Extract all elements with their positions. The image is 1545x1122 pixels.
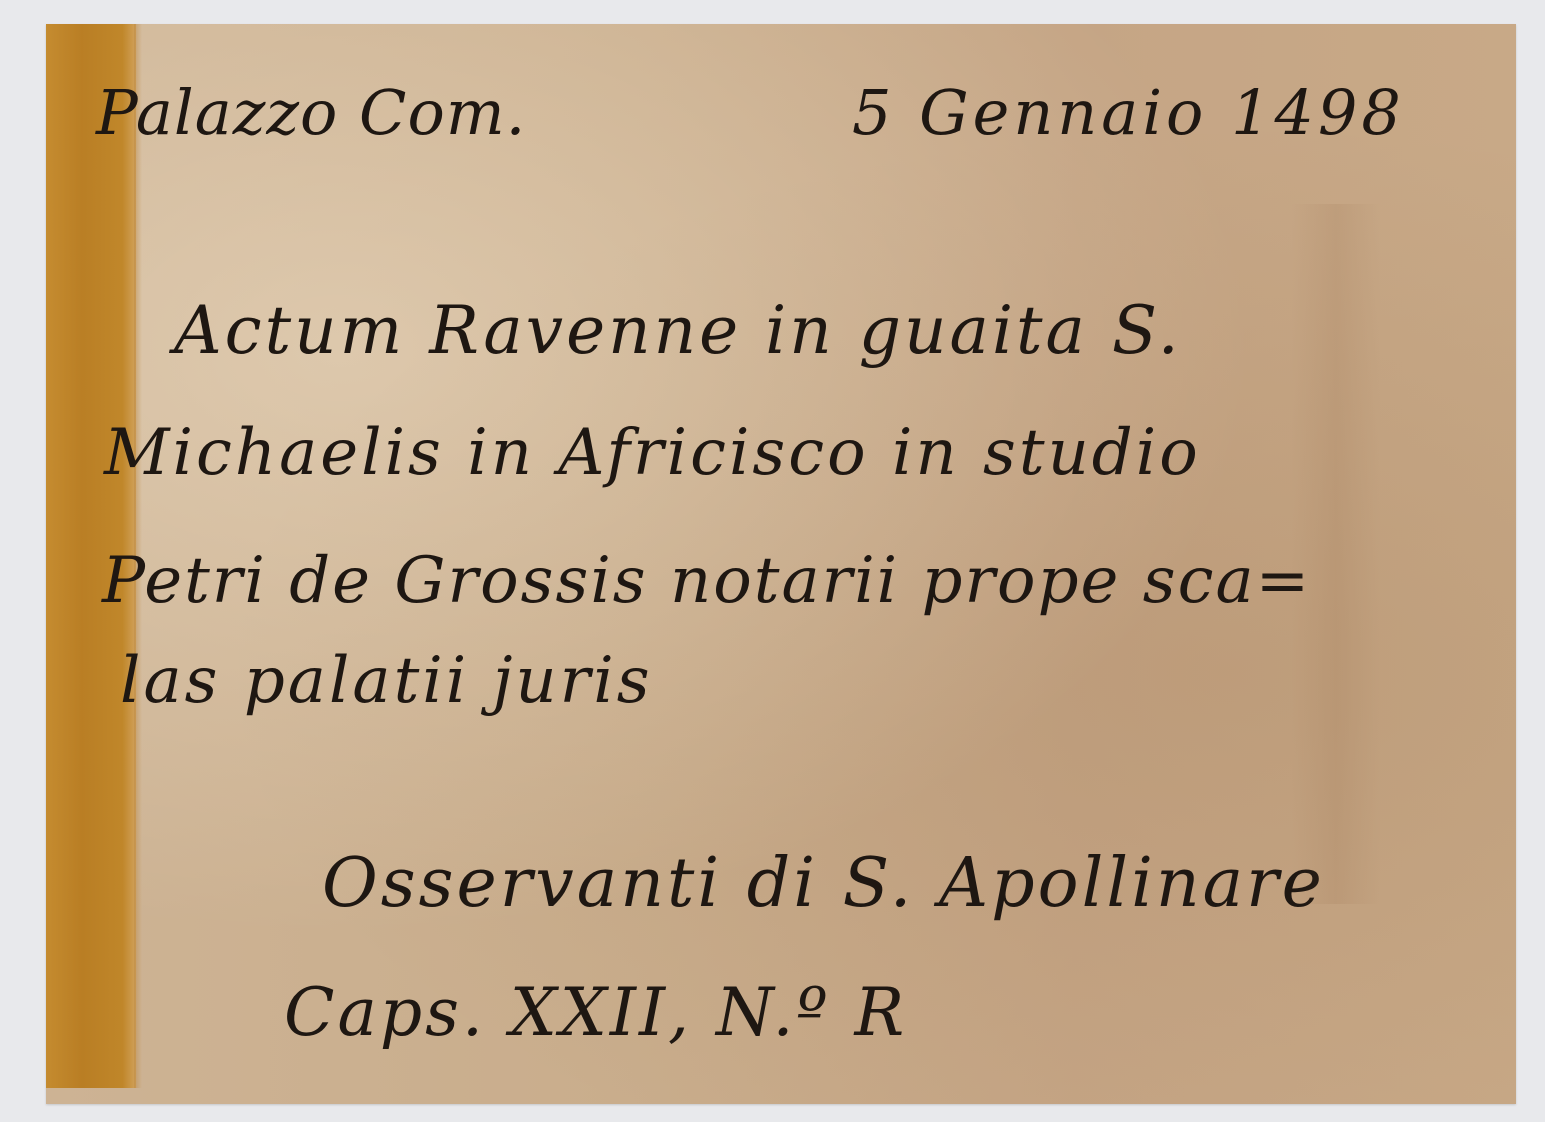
body-line-4: las palatii juris [120,644,653,718]
signature-line-1: Osservanti di S. Apollinare [322,844,1325,923]
body-line-3: Petri de Grossis notarii prope sca= [102,544,1311,618]
header-location: Palazzo Com. [96,76,526,149]
header-date: 5 Gennaio 1498 [852,76,1405,149]
body-line-2: Michaelis in Africisco in studio [104,416,1201,490]
document-paper: Palazzo Com. 5 Gennaio 1498 Actum Ravenn… [46,24,1516,1104]
signature-line-2: Caps. XXII, N.º R [284,974,907,1051]
body-line-1: Actum Ravenne in guaita S. [174,292,1182,369]
